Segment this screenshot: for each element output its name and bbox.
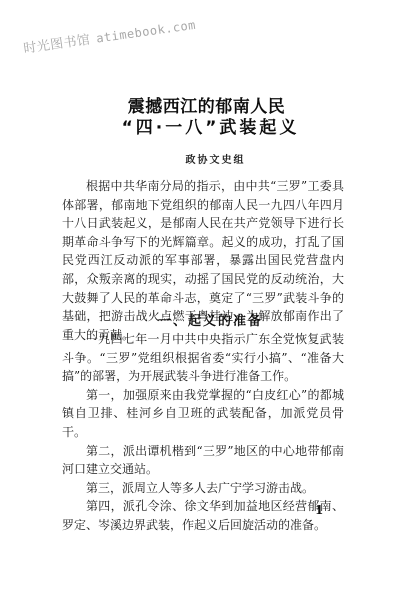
page-number: 1 [315,503,323,517]
section-paragraph: 第四，派孔令涂、徐文华到加益地区经营郁南、罗定、岑溪边界武装，作起义后回旋活动的… [62,497,344,534]
section-body: 一九四七年一月中共中央指示广东全党恢复武装斗争。“三罗”党组织根据省委“实行小搞… [62,330,344,535]
section-paragraph: 第一，加强原来由我党掌握的“白皮红心”的都城镇自卫排、桂河乡自卫班的武装配备，加… [62,386,344,442]
article-title-line-2: “四·一八”武装起义 [10,113,401,138]
article-author: 政协文史组 [0,151,401,166]
section-paragraph: 第二，派出谭机楷到“三罗”地区的中心地带郁南河口建立交通站。 [62,442,344,479]
section-heading: 一、起义的准备 [0,310,401,329]
watermark: 时光图书馆atimebook.com [22,14,197,57]
section-paragraph: 第三，派周立人等多人去广宁学习游击战。 [62,479,344,498]
watermark-site-name: 时光图书馆 [23,33,92,57]
section-paragraph: 一九四七年一月中共中央指示广东全党恢复武装斗争。“三罗”党组织根据省委“实行小搞… [62,330,344,386]
watermark-url: atimebook.com [95,18,196,46]
